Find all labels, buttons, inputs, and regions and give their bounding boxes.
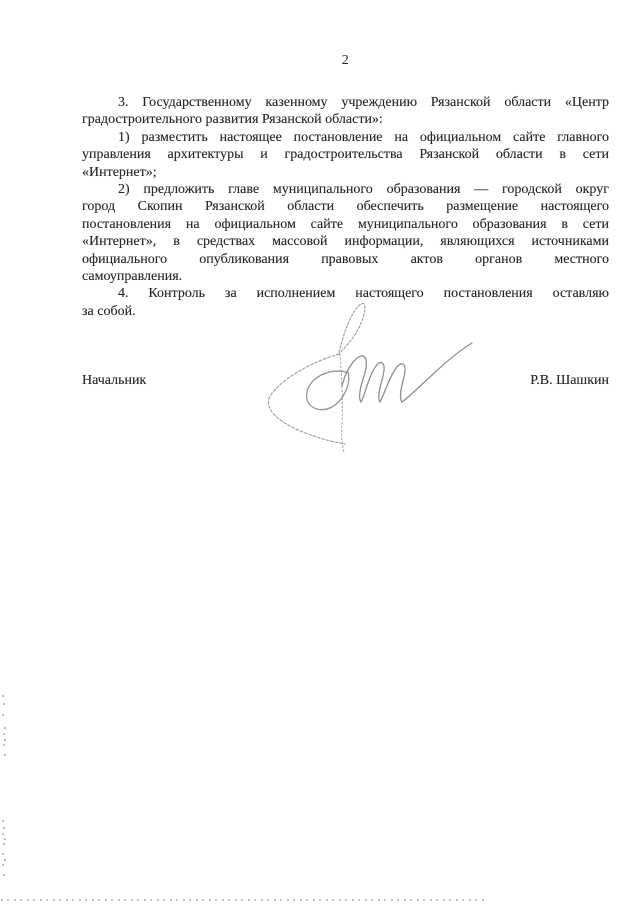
scanned-document-page: 2 3. Государственному казенному учрежден… [0, 0, 640, 905]
paragraph-3-item-1: 1) разместить настоящее постановление на… [82, 129, 609, 181]
text-line: 1) разместить настоящее постановление на… [82, 129, 609, 146]
handwritten-signature [262, 294, 477, 454]
scan-dotted-bottom-edge [1, 899, 488, 901]
text-line: 2) предложить главе муниципального образ… [82, 181, 609, 198]
text-line: управления архитектуры и градостроительс… [82, 146, 609, 163]
page-number: 2 [82, 53, 609, 69]
scan-speckles-left-edge [2, 0, 4, 2]
paragraph-3-item-2: 2) предложить главе муниципального образ… [82, 181, 609, 285]
text-line: «Интернет», в средствах массовой информа… [82, 233, 609, 250]
text-line: постановления на официальном сайте муниц… [82, 216, 609, 233]
text-line: официального опубликования правовых акто… [82, 251, 609, 268]
text-line: город Скопин Рязанской области обеспечит… [82, 198, 609, 215]
document-body: 3. Государственному казенному учреждению… [82, 94, 609, 320]
paragraph-3: 3. Государственному казенному учреждению… [82, 94, 609, 129]
text-line: самоуправления. [82, 268, 609, 285]
text-line: 3. Государственному казенному учреждению… [82, 94, 609, 111]
signatory-name: Р.В. Шашкин [530, 373, 609, 389]
signatory-title: Начальник [82, 373, 146, 389]
text-line: градостроительного развития Рязанской об… [82, 111, 609, 128]
text-line: «Интернет»; [82, 164, 609, 181]
